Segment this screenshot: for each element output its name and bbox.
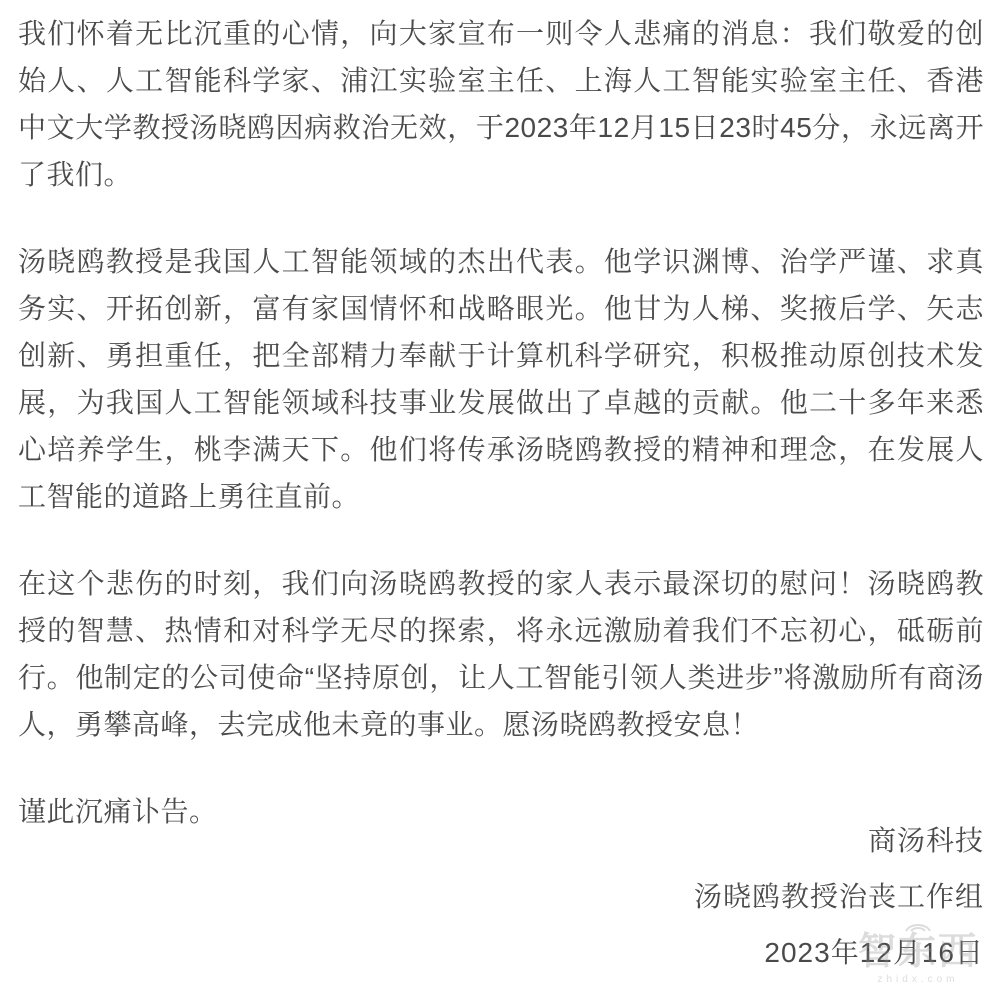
signature-block: 商汤科技 汤晓鸥教授治丧工作组 2023年12月16日 bbox=[18, 813, 984, 981]
paragraph-condolence: 在这个悲伤的时刻，我们向汤晓鸥教授的家人表示最深切的慰问！汤晓鸥教授的智慧、热情… bbox=[18, 560, 984, 748]
obituary-notice-page: 我们怀着无比沉重的心情，向大家宣布一则令人悲痛的消息：我们敬爱的创始人、人工智能… bbox=[0, 0, 1000, 995]
paragraph-tribute: 汤晓鸥教授是我国人工智能领域的杰出代表。他学识渊博、治学严谨、求真务实、开拓创新… bbox=[18, 238, 984, 520]
signature-company: 商汤科技 bbox=[18, 813, 984, 869]
signature-date: 2023年12月16日 bbox=[18, 925, 984, 981]
signature-working-group: 汤晓鸥教授治丧工作组 bbox=[18, 869, 984, 925]
paragraph-announcement: 我们怀着无比沉重的心情，向大家宣布一则令人悲痛的消息：我们敬爱的创始人、人工智能… bbox=[18, 10, 984, 198]
